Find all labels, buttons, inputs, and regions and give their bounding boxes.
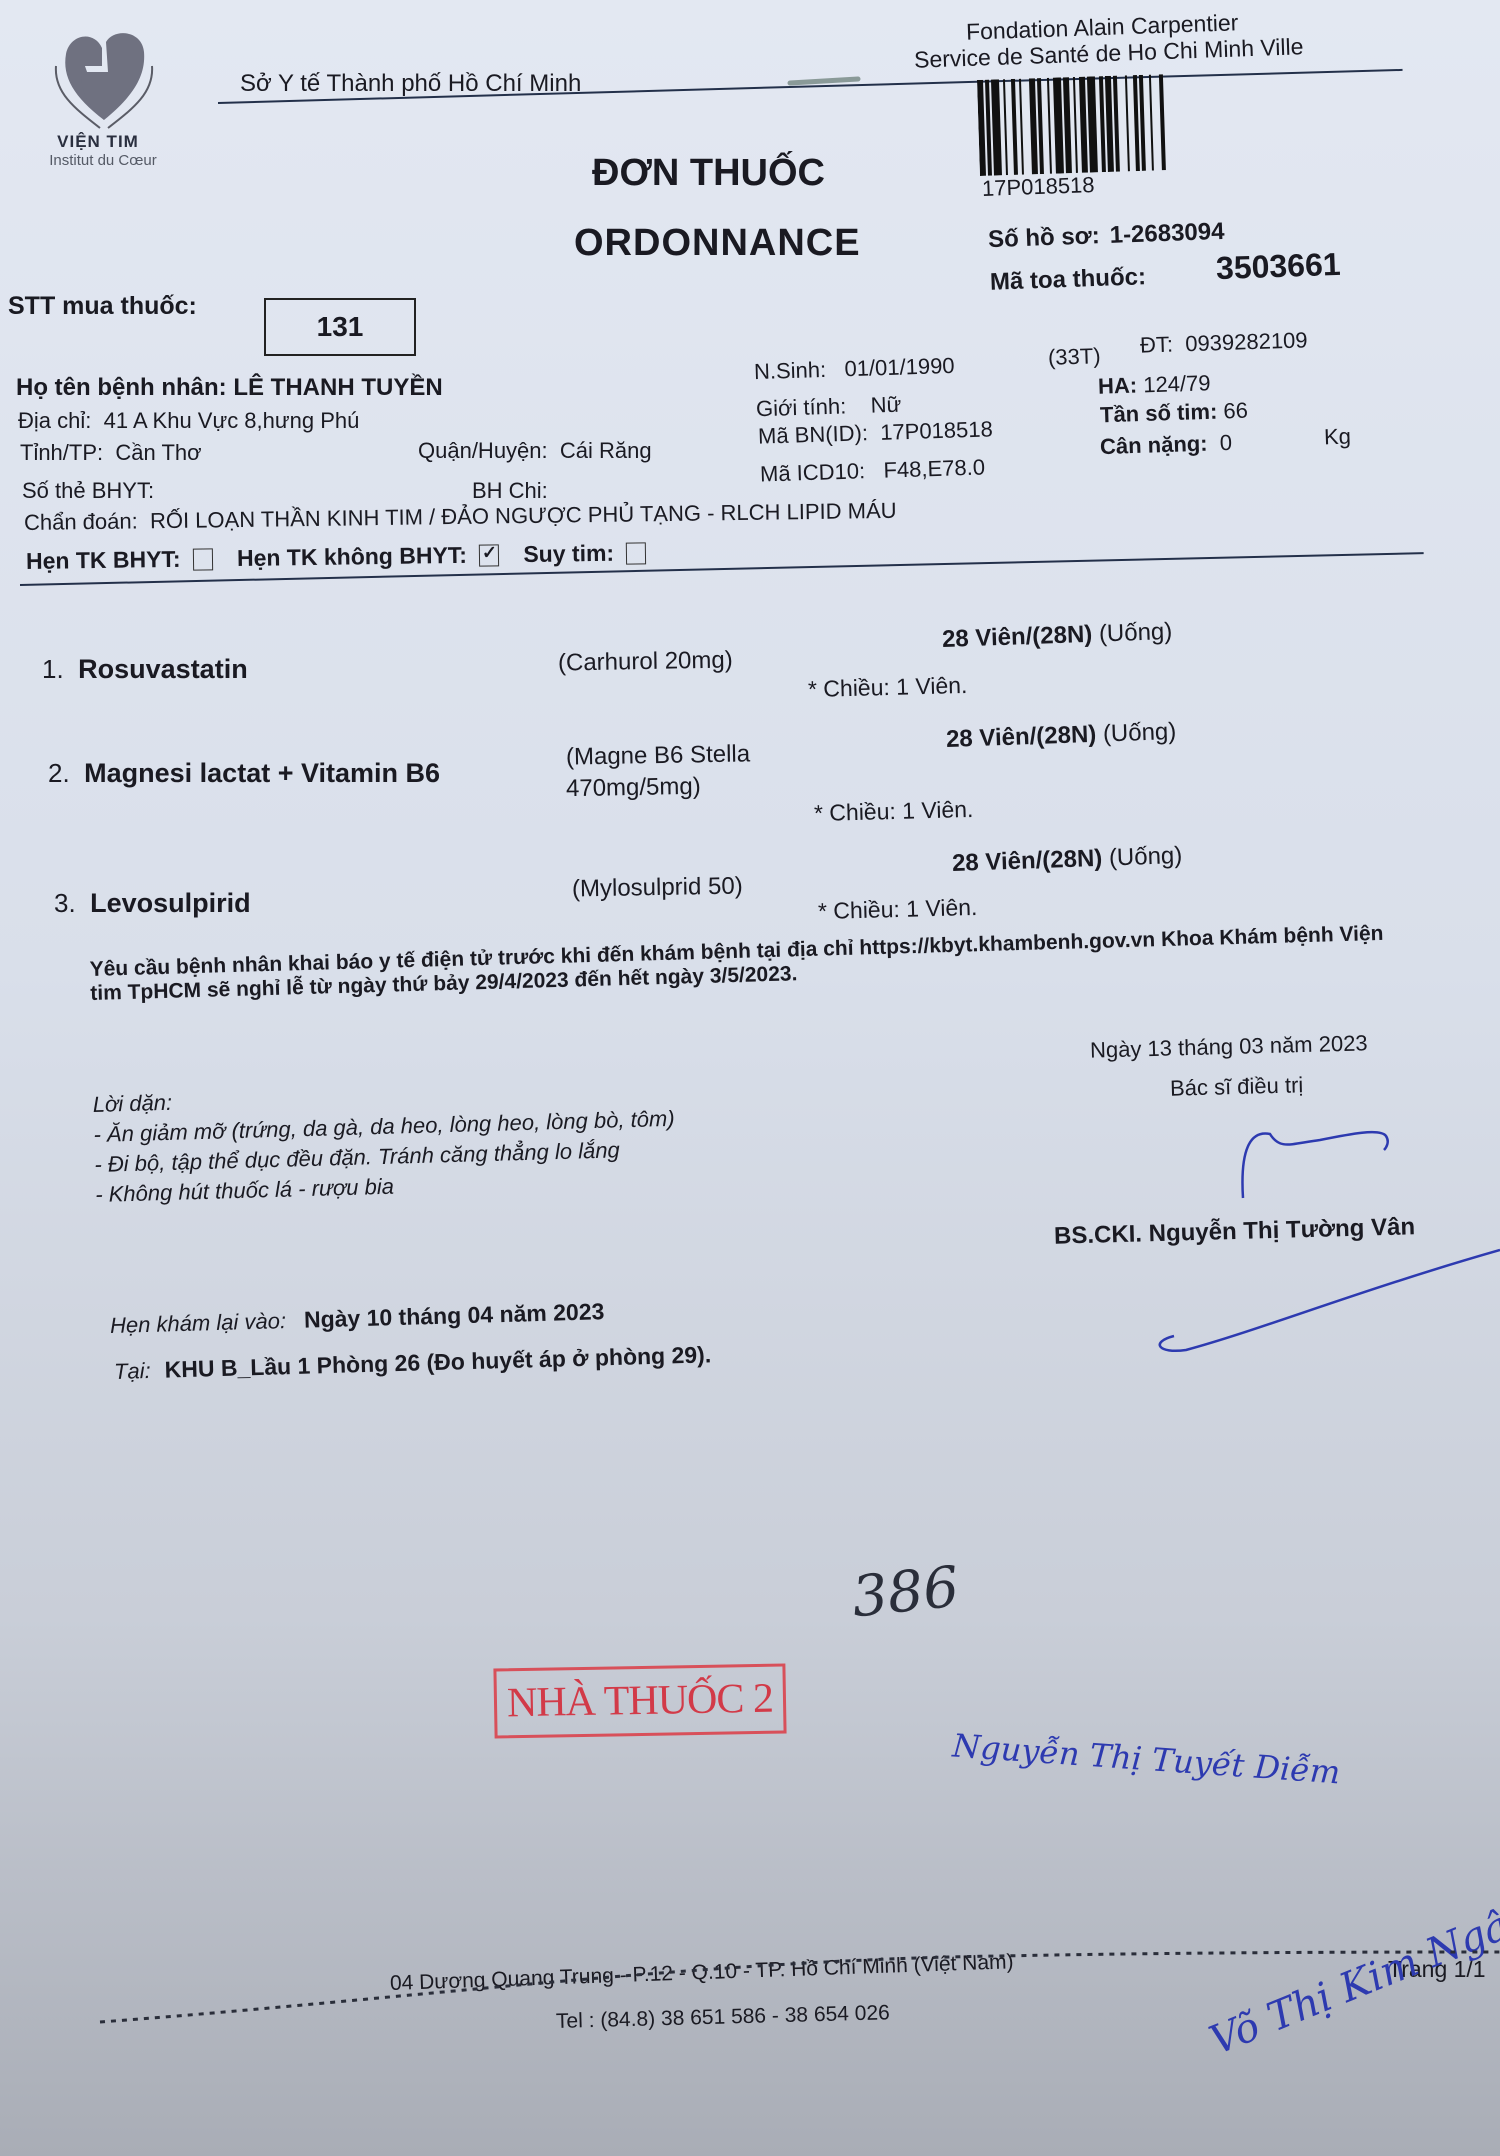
medication-brand-strength: 470mg/5mg) (566, 773, 701, 803)
route-value: (Uống) (1098, 618, 1172, 648)
route-value: (Uống) (1108, 842, 1182, 872)
reappointment-label: Hẹn khám lại vào: (110, 1308, 287, 1338)
phone-value: 0939282109 (1185, 327, 1308, 356)
checkbox-icon[interactable] (192, 548, 212, 570)
insurance-label: Số thẻ BHYT: (22, 478, 154, 503)
patient-address: Địa chỉ: 41 A Khu Vực 8,hưng Phú (18, 408, 359, 434)
gender-value: Nữ (870, 392, 901, 418)
patient-phone: ĐT: 0939282109 (1140, 327, 1308, 358)
quantity-value: 28 Viên/(28N) (952, 845, 1103, 877)
barcode-text: 17P018518 (982, 172, 1095, 202)
patient-district: Quận/Huyện: Cái Răng (418, 438, 652, 464)
medication-dosage: * Chiều: 1 Viên. (818, 894, 978, 925)
handwritten-number: 386 (849, 1555, 962, 1631)
place-label: Tại: (114, 1358, 151, 1384)
prescription-code-value: 3503661 (1215, 246, 1341, 287)
weight-label: Cân nặng: (1100, 431, 1208, 459)
province-value: Cần Thơ (115, 440, 201, 465)
gender-label: Giới tính: (756, 393, 847, 421)
medication-brand: (Magne B6 Stella (566, 740, 751, 771)
dob-value: 01/01/1990 (844, 353, 955, 381)
medication-brand: (Carhurol 20mg) (558, 646, 733, 677)
insurance-branch: BH Chi: (472, 478, 548, 504)
pharmacy-stamp: NHÀ THUỐC 2 (493, 1663, 786, 1738)
patient-province: Tỉnh/TP: Cần Thơ (20, 440, 202, 466)
title-vietnamese: ĐƠN THUỐC (592, 152, 825, 195)
queue-number-box: 131 (264, 298, 416, 356)
medication-number: 3. (54, 888, 76, 918)
icd-value: F48,E78.0 (883, 454, 985, 482)
record-value: 1-2683094 (1109, 218, 1225, 249)
address-value: 41 A Khu Vực 8,hưng Phú (104, 408, 360, 433)
record-label: Số hồ sơ: (988, 222, 1101, 253)
checkbox-icon[interactable] (626, 542, 646, 564)
bh-chi-label: BH Chi: (472, 478, 548, 503)
icd-label: Mã ICD10: (760, 458, 866, 486)
medication-item: 3. Levosulpirid (54, 888, 251, 919)
province-label: Tỉnh/TP: (20, 440, 103, 465)
checkbox-label: Hẹn TK không BHYT: (237, 542, 467, 572)
patient-id-label: Mã BN(ID): (758, 420, 869, 448)
institute-logo: VIỆN TIM Institut du Cœur (38, 22, 168, 172)
quantity-value: 28 Viên/(28N) (946, 721, 1097, 753)
hr-value: 66 (1223, 398, 1248, 424)
patient-id-value: 17P018518 (880, 416, 993, 445)
checkbox-label: Hẹn TK BHYT: (26, 546, 181, 575)
checkbox-uninsured-followup[interactable]: Hẹn TK không BHYT: (237, 541, 499, 572)
checkbox-heart-failure[interactable]: Suy tim: (523, 539, 646, 568)
phone-label: ĐT: (1140, 332, 1174, 358)
diagnosis-label: Chẩn đoán: (24, 508, 138, 535)
prescription-code-label: Mã toa thuốc: (990, 263, 1147, 296)
medication-item: 2. Magnesi lactat + Vitamin B6 (48, 758, 440, 789)
address-label: Địa chỉ: (18, 408, 91, 433)
weight-value: 0 (1219, 430, 1232, 455)
district-value: Cái Răng (560, 438, 652, 463)
bp-value: 124/79 (1143, 370, 1211, 397)
insurance-card: Số thẻ BHYT: (22, 478, 154, 504)
checkbox-insured-followup[interactable]: Hẹn TK BHYT: (26, 545, 213, 575)
bp-label: HA: (1098, 373, 1138, 399)
checkbox-label: Suy tim: (523, 540, 614, 568)
patient-name-label: Họ tên bệnh nhân: (16, 374, 227, 401)
checkbox-checked-icon[interactable] (479, 544, 499, 566)
medication-number: 1. (42, 654, 64, 684)
hr-label: Tần số tim: (1100, 399, 1218, 428)
patient-name-value: LÊ THANH TUYỀN (233, 374, 442, 401)
medication-dosage: * Chiều: 1 Viên. (808, 672, 968, 703)
medication-name: Rosuvastatin (78, 654, 248, 684)
queue-label: STT mua thuốc: (8, 292, 197, 321)
heart-rate: Tần số tim: 66 (1100, 398, 1249, 429)
advice-section: Lời dặn: - Ăn giảm mỡ (trứng, da gà, da … (92, 1074, 676, 1210)
medication-dosage: * Chiều: 1 Viên. (814, 796, 974, 827)
patient-name: Họ tên bệnh nhân: LÊ THANH TUYỀN (16, 374, 443, 402)
logo-name: VIỆN TIM (38, 132, 158, 152)
district-label: Quận/Huyện: (418, 438, 548, 463)
route-value: (Uống) (1102, 718, 1176, 748)
dob-label: N.Sinh: (754, 357, 827, 384)
quantity-value: 28 Viên/(28N) (942, 621, 1093, 653)
title-french: ORDONNANCE (574, 222, 861, 265)
doctor-role: Bác sĩ điều trị (1170, 1072, 1304, 1101)
medication-brand: (Mylosulprid 50) (572, 873, 743, 904)
medication-name: Magnesi lactat + Vitamin B6 (84, 758, 440, 788)
logo-subtitle: Institut du Cœur (38, 152, 168, 169)
barcode (977, 69, 1340, 176)
medication-item: 1. Rosuvastatin (42, 654, 248, 685)
medication-number: 2. (48, 758, 70, 788)
weight: Cân nặng: 0 (1100, 430, 1233, 460)
gender: Giới tính: Nữ (756, 392, 902, 423)
medication-name: Levosulpirid (90, 888, 251, 918)
weight-unit: Kg (1324, 424, 1352, 451)
patient-age: (33T) (1048, 343, 1101, 371)
blood-pressure: HA: 124/79 (1098, 370, 1211, 400)
heart-hands-icon (44, 22, 164, 132)
